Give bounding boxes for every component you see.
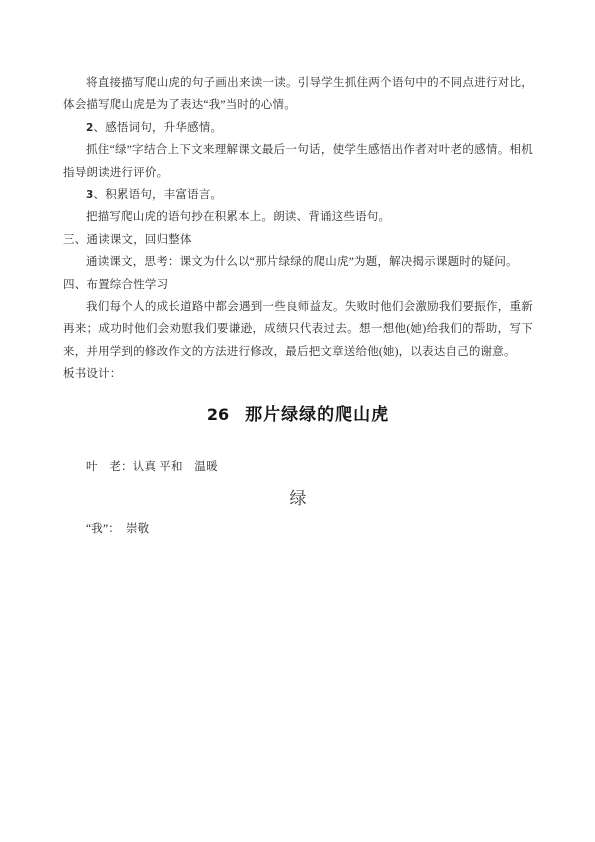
paragraph: 抓住“绿”字结合上下文来理解课文最后一句话，使学生感悟出作者对叶老的感情。相机指… [63, 139, 533, 184]
document-page: 将直接描写爬山虎的句子画出来读一读。引导学生抓住两个语句中的不同点进行对比，体会… [0, 0, 595, 842]
board-line-green: 绿 [63, 485, 533, 513]
numbered-item: 3、积累语句，丰富语言。 [63, 184, 533, 206]
paragraph: 把描写爬山虎的语句抄在积累本上。朗读、背诵这些语句。 [63, 206, 533, 228]
document-content: 将直接描写爬山虎的句子画出来读一读。引导学生抓住两个语句中的不同点进行对比，体会… [63, 72, 533, 541]
board-line-wo: “我”： 崇敬 [63, 518, 533, 540]
lesson-title-text: 那片绿绿的爬山虎 [245, 405, 389, 424]
list-number: 3 [86, 189, 94, 201]
paragraph: 我们每个人的成长道路中都会遇到一些良师益友。失败时他们会激励我们要振作，重新再来… [63, 296, 533, 363]
lesson-number: 26 [207, 405, 229, 424]
section-heading-three: 三、通读课文，回归整体 [63, 229, 533, 251]
numbered-item: 2、感悟词句，升华感情。 [63, 117, 533, 139]
list-item-text: 、积累语句，丰富语言。 [94, 189, 223, 201]
lesson-title: 26那片绿绿的爬山虎 [63, 400, 533, 430]
board-design-label: 板书设计： [63, 363, 533, 385]
list-number: 2 [86, 122, 94, 134]
list-item-text: 、感悟词句，升华感情。 [94, 122, 223, 134]
paragraph: 将直接描写爬山虎的句子画出来读一读。引导学生抓住两个语句中的不同点进行对比，体会… [63, 72, 533, 117]
section-heading-four: 四、布置综合性学习 [63, 274, 533, 296]
board-line-ye-lao: 叶 老：认真 平和 温暖 [63, 456, 533, 478]
paragraph: 通读课文，思考：课文为什么以“那片绿绿的爬山虎”为题，解决揭示课题时的疑问。 [63, 251, 533, 273]
